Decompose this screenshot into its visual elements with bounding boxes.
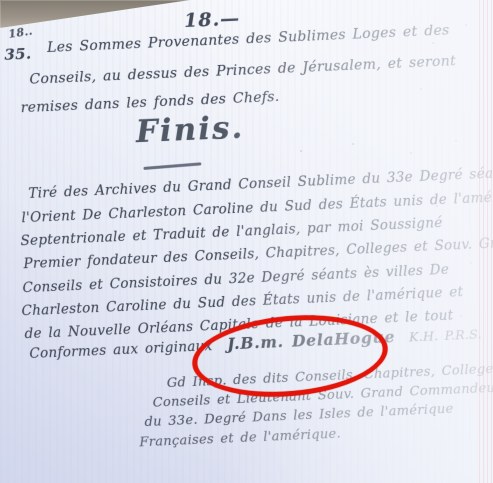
manuscript-line: Conseils, au dessus des Princes de Jérus… <box>29 53 456 88</box>
year-heading: 18.— <box>184 8 241 32</box>
manuscript-line: Les Sommes Provenantes des Sublimes Loge… <box>47 22 450 56</box>
margin-article-number: 35. <box>4 45 32 64</box>
finis-heading: Finis. <box>135 109 245 150</box>
finis-flourish-underline <box>143 162 201 170</box>
manuscript-photo: 18.— 18.. 35. Les Sommes Provenantes des… <box>0 0 493 483</box>
attestation-text: Conformes aux originaux <box>29 338 213 362</box>
handwritten-text-block: 18.— 18.. 35. Les Sommes Provenantes des… <box>0 0 493 483</box>
signature-titles: K.H. P.R.S. <box>409 326 482 344</box>
manuscript-line: Françaises et de l'amérique. <box>139 427 341 451</box>
margin-year-note: 18.. <box>8 24 34 40</box>
